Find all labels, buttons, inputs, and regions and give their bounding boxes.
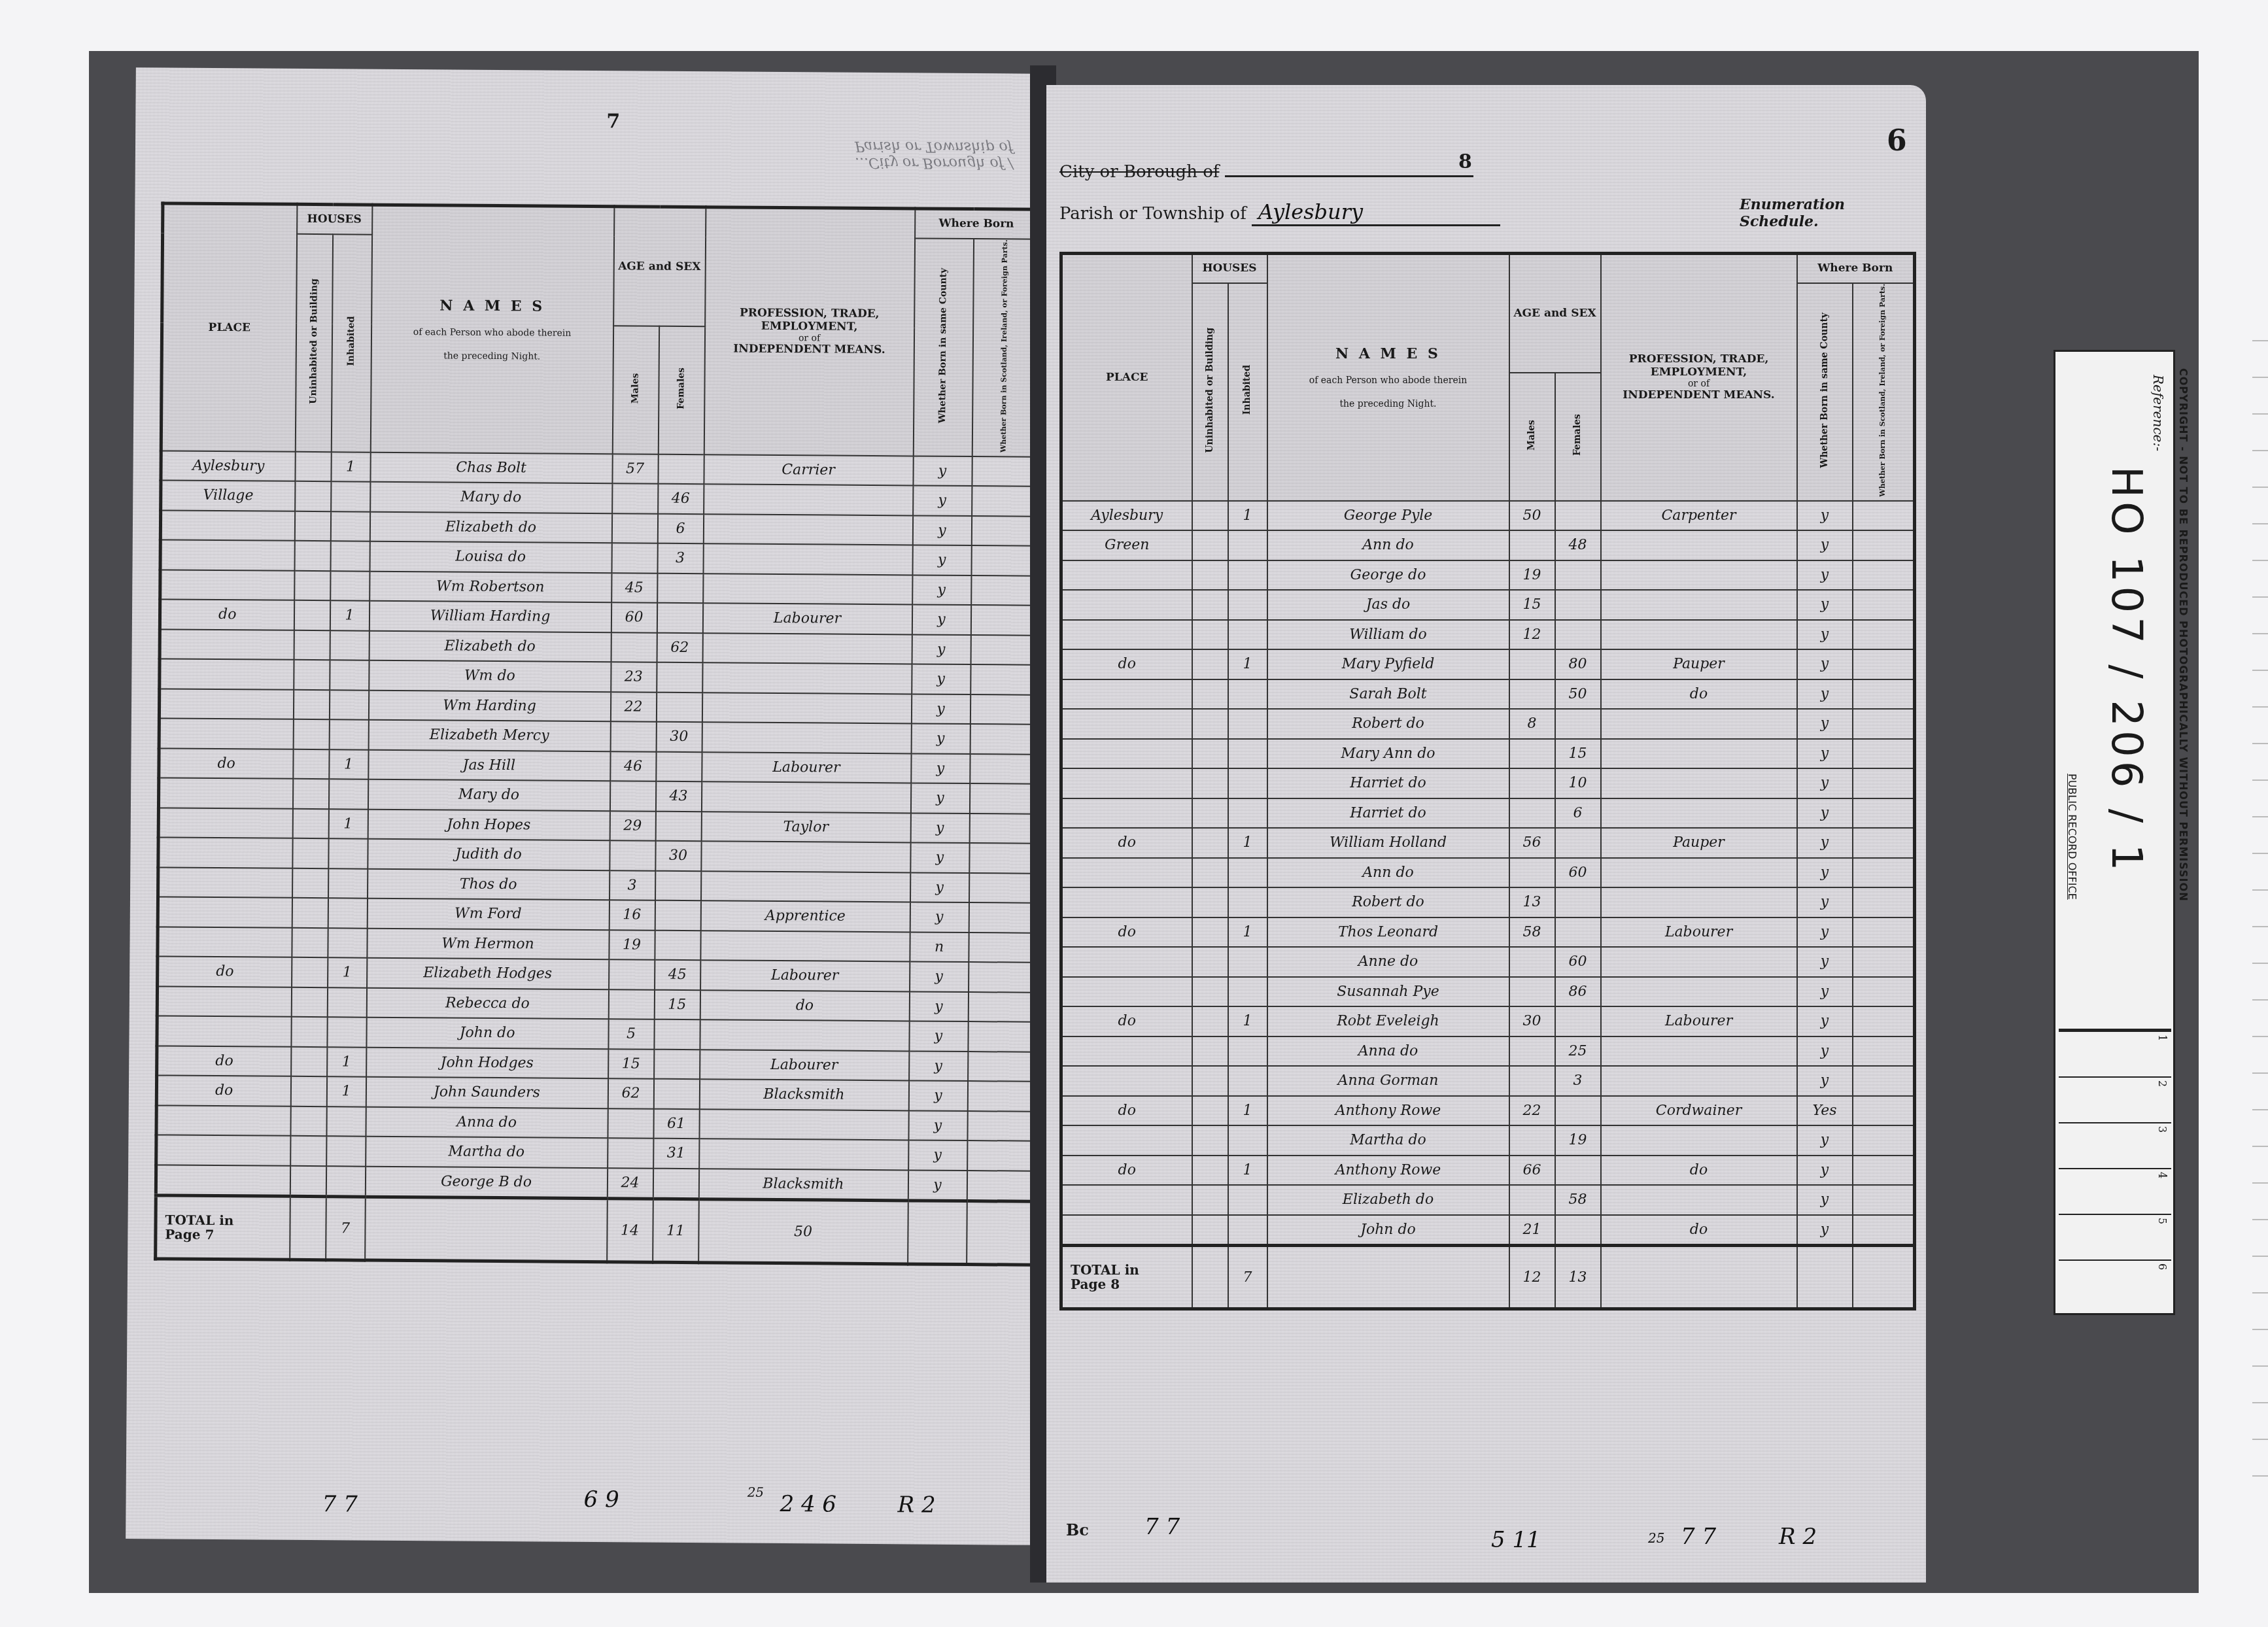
males-age-cell — [608, 1108, 653, 1139]
females-age-cell — [657, 603, 702, 633]
inhabited-cell: 1 — [1228, 501, 1267, 531]
edge-tick — [2252, 1146, 2268, 1147]
place-cell — [156, 1135, 290, 1166]
inhabited-cell — [1228, 1125, 1267, 1156]
born-foreign-cell — [970, 694, 1035, 725]
born-county-cell: y — [1797, 501, 1853, 531]
total-inhabited: 7 — [326, 1197, 366, 1260]
born-foreign-cell — [971, 545, 1037, 575]
edge-tick — [2252, 1109, 2268, 1110]
table-row: Anne do60y — [1061, 947, 1915, 977]
inhabited-cell — [328, 779, 368, 809]
uninhabited-cell — [292, 957, 328, 987]
females-age-cell — [654, 1019, 700, 1050]
uninhabited-cell — [1192, 1185, 1228, 1215]
inhabited-cell: 1 — [1228, 1156, 1267, 1186]
uninhabited-cell — [291, 1017, 327, 1047]
males-age-cell: 50 — [1509, 501, 1555, 531]
city-borough-field: City or Borough of — [1059, 162, 1473, 182]
place-cell — [1061, 1215, 1192, 1246]
name-cell: Sarah Bolt — [1267, 679, 1509, 710]
born-foreign-cell — [1853, 590, 1915, 620]
inhabited-cell — [328, 898, 367, 928]
table-row: Susannah Pye86y — [1061, 977, 1915, 1007]
total-row: TOTAL inPage 77141150 — [156, 1195, 1033, 1265]
males-age-cell — [1509, 1036, 1555, 1067]
born-foreign-cell — [967, 1111, 1033, 1141]
name-cell: Harriet do — [1267, 798, 1509, 829]
born-foreign-cell — [1853, 739, 1915, 769]
total-row: TOTAL inPage 871213 — [1061, 1246, 1915, 1309]
males-age-cell — [608, 989, 654, 1019]
uninhabited-cell — [1192, 560, 1228, 591]
place-cell — [159, 689, 293, 719]
born-foreign-cell — [968, 1021, 1033, 1052]
name-cell: Rebecca do — [366, 987, 608, 1019]
total-names — [365, 1197, 608, 1262]
total-label: TOTAL inPage 7 — [156, 1195, 290, 1259]
edge-tick — [2252, 1072, 2268, 1074]
born-foreign-cell — [971, 664, 1036, 694]
males-age-cell — [609, 959, 655, 989]
edge-tick — [2252, 560, 2268, 561]
females-age-cell: 60 — [1555, 947, 1601, 977]
males-age-cell — [610, 781, 655, 811]
born-county-cell: y — [1797, 590, 1853, 620]
profession-cell — [702, 693, 911, 724]
col-uninhabited: Uninhabited or Building — [295, 233, 332, 452]
place-cell — [1061, 620, 1192, 650]
born-foreign-cell — [1853, 1036, 1915, 1067]
uninhabited-cell — [294, 630, 330, 660]
uninhabited-cell — [294, 511, 330, 541]
males-age-cell: 30 — [1509, 1006, 1555, 1036]
uninhabited-cell — [1192, 887, 1228, 917]
total-males: 12 — [1509, 1246, 1555, 1309]
uninhabited-cell — [295, 481, 331, 511]
profession-cell — [704, 484, 913, 515]
name-cell: Wm do — [369, 660, 611, 692]
born-foreign-cell — [1853, 1125, 1915, 1156]
born-foreign-cell — [1853, 530, 1915, 560]
profession-cell: do — [1601, 1215, 1797, 1246]
copyright-notice: COPYRIGHT - NOT TO BE REPRODUCED PHOTOGR… — [2177, 368, 2190, 902]
inhabited-cell — [327, 1017, 366, 1047]
reference-label: Reference:- — [2150, 375, 2166, 451]
reference-card: COPYRIGHT - NOT TO BE REPRODUCED PHOTOGR… — [2053, 350, 2175, 1315]
name-cell: Anthony Rowe — [1267, 1156, 1509, 1186]
inhabited-cell — [326, 1166, 365, 1197]
born-county-cell: y — [909, 1051, 968, 1081]
born-county-cell: y — [910, 962, 969, 992]
place-cell — [156, 1105, 290, 1136]
census-table-right: PLACE HOUSES N A M E S of each Person wh… — [1059, 252, 1916, 1310]
born-foreign-cell — [1853, 828, 1915, 858]
name-cell: Robert do — [1267, 887, 1509, 917]
name-cell: Anne do — [1267, 947, 1509, 977]
born-county-cell: y — [1797, 947, 1853, 977]
inhabited-cell — [1228, 768, 1267, 798]
uninhabited-cell — [291, 1047, 327, 1077]
place-cell: do — [157, 1046, 291, 1076]
total-born-foreign — [1853, 1246, 1915, 1309]
table-row: Harriet do6y — [1061, 798, 1915, 829]
born-county-cell: y — [1797, 1156, 1853, 1186]
place-cell — [1061, 798, 1192, 829]
footer-mark: R 2 — [897, 1492, 935, 1518]
edge-tick — [2252, 340, 2268, 341]
males-age-cell — [608, 1138, 653, 1168]
name-cell: John do — [366, 1018, 608, 1049]
females-age-cell — [653, 1168, 698, 1199]
table-row: do1Mary Pyfield80Paupery — [1061, 649, 1915, 679]
name-cell: Thos Leonard — [1267, 917, 1509, 948]
table-row: Anna do25y — [1061, 1036, 1915, 1067]
place-cell — [157, 1016, 291, 1047]
table-row: Harriet do10y — [1061, 768, 1915, 798]
profession-cell — [1601, 530, 1797, 560]
profession-cell: Labourer — [700, 1050, 909, 1081]
left-rows: Aylesbury1Chas Bolt57CarrieryVillageMary… — [156, 451, 1038, 1265]
profession-cell: do — [700, 990, 909, 1021]
uninhabited-cell — [291, 987, 327, 1018]
males-age-cell: 22 — [1509, 1096, 1555, 1126]
place-cell: do — [1061, 1006, 1192, 1036]
inhabited-cell — [1228, 858, 1267, 888]
born-county-cell: y — [1797, 620, 1853, 650]
born-foreign-cell — [1853, 1066, 1915, 1096]
edge-tick — [2252, 633, 2268, 634]
name-cell: Anna do — [1267, 1036, 1509, 1067]
profession-cell — [700, 931, 910, 962]
right-rows: Aylesbury1George Pyle50CarpenteryGreenAn… — [1061, 501, 1915, 1309]
edge-tick — [2252, 1036, 2268, 1037]
born-foreign-cell — [969, 843, 1035, 873]
inhabited-cell — [328, 868, 368, 899]
inhabited-cell: 1 — [1228, 1096, 1267, 1126]
males-age-cell — [1509, 679, 1555, 710]
inhabited-cell — [1228, 739, 1267, 769]
males-age-cell — [610, 840, 655, 870]
place-cell — [160, 570, 294, 600]
uninhabited-cell — [290, 1106, 326, 1137]
born-foreign-cell — [1853, 1006, 1915, 1036]
males-age-cell: 24 — [607, 1168, 653, 1199]
name-cell: Wm Hermon — [367, 928, 609, 959]
born-county-cell: y — [1797, 709, 1853, 739]
males-age-cell: 60 — [611, 602, 657, 632]
table-row: GreenAnn do48y — [1061, 530, 1915, 560]
edge-tick — [2252, 523, 2268, 524]
place-cell: Aylesbury — [161, 451, 295, 481]
mirror-bleed-text: ...City or Borough of / Parish or Townsh… — [855, 138, 1051, 172]
place-cell — [1061, 709, 1192, 739]
born-county-cell: y — [910, 783, 969, 813]
footer-mark: 7 7 — [322, 1491, 357, 1517]
profession-cell: Carrier — [704, 454, 913, 486]
place-cell — [158, 778, 292, 809]
edge-tick — [2252, 1329, 2268, 1330]
born-county-cell: y — [908, 1081, 967, 1111]
profession-cell: Labourer — [702, 752, 911, 783]
uninhabited-cell — [1192, 858, 1228, 888]
born-county-cell: y — [912, 545, 971, 575]
edge-tick — [2252, 1402, 2268, 1403]
born-county-cell: y — [908, 1140, 967, 1171]
females-age-cell — [654, 1049, 700, 1079]
place-cell: do — [160, 600, 294, 630]
edge-tick — [2252, 1439, 2268, 1440]
born-foreign-cell — [967, 1171, 1032, 1202]
females-age-cell — [1555, 1006, 1601, 1036]
uninhabited-cell — [292, 809, 328, 839]
inhabited-cell: 1 — [1228, 649, 1267, 679]
born-county-cell: y — [1797, 977, 1853, 1007]
col-females: Females — [658, 326, 704, 454]
born-foreign-cell — [971, 635, 1036, 665]
name-cell: Mary Pyfield — [1267, 649, 1509, 679]
profession-cell — [1601, 590, 1797, 620]
total-uninhabited — [1192, 1246, 1228, 1309]
uninhabited-cell — [1192, 977, 1228, 1007]
born-foreign-cell — [1853, 858, 1915, 888]
table-row: Jas do15y — [1061, 590, 1915, 620]
table-row: Aylesbury1George Pyle50Carpentery — [1061, 501, 1915, 531]
uninhabited-cell — [1192, 620, 1228, 650]
males-age-cell: 29 — [610, 811, 655, 841]
profession-cell — [1601, 887, 1797, 917]
uninhabited-cell — [1192, 1215, 1228, 1246]
males-age-cell: 3 — [609, 870, 655, 900]
profession-cell — [1601, 1185, 1797, 1215]
profession-cell: Apprentice — [700, 900, 910, 932]
table-row: Sarah Bolt50doy — [1061, 679, 1915, 710]
born-foreign-cell — [1853, 1096, 1915, 1126]
males-age-cell — [611, 513, 657, 543]
inhabited-cell — [327, 987, 366, 1018]
profession-cell — [703, 514, 912, 545]
born-county-cell: y — [1797, 1185, 1853, 1215]
born-county-cell: y — [1797, 679, 1853, 710]
uninhabited-cell — [293, 690, 329, 720]
place-cell — [1061, 679, 1192, 710]
profession-cell — [699, 1109, 908, 1140]
profession-cell: Labourer — [700, 960, 910, 991]
inhabited-cell: 1 — [329, 749, 368, 779]
born-foreign-cell — [969, 873, 1035, 903]
table-row: do1Anthony Rowe66doy — [1061, 1156, 1915, 1186]
profession-cell: Carpenter — [1601, 501, 1797, 531]
females-age-cell: 6 — [657, 513, 703, 543]
females-age-cell: 86 — [1555, 977, 1601, 1007]
inhabited-cell — [1228, 1036, 1267, 1067]
males-age-cell: 12 — [1509, 620, 1555, 650]
born-county-cell: Yes — [1797, 1096, 1853, 1126]
females-age-cell: 3 — [657, 543, 703, 574]
males-age-cell — [1509, 1066, 1555, 1096]
profession-cell — [702, 662, 912, 694]
parish-field: Parish or Township of Aylesbury — [1059, 199, 1500, 226]
uninhabited-cell — [293, 719, 329, 749]
edge-tick — [2252, 450, 2268, 451]
females-age-cell: 62 — [657, 632, 702, 662]
name-cell: John do — [1267, 1215, 1509, 1246]
females-age-cell: 80 — [1555, 649, 1601, 679]
place-cell — [1061, 1125, 1192, 1156]
name-cell: Elizabeth Hodges — [367, 958, 609, 989]
born-foreign-cell — [971, 605, 1036, 635]
place-cell — [158, 867, 292, 898]
born-county-cell: y — [912, 575, 971, 605]
profession-cell — [700, 1019, 909, 1051]
total-born-county — [1797, 1246, 1853, 1309]
uninhabited-cell — [294, 541, 330, 571]
profession-cell — [1601, 620, 1797, 650]
place-cell — [157, 986, 291, 1017]
born-foreign-cell — [969, 933, 1034, 963]
col-uninhabited: Uninhabited or Building — [1192, 283, 1228, 501]
uninhabited-cell — [1192, 798, 1228, 829]
scanner-edge-ticks — [2255, 0, 2268, 1627]
males-age-cell: 45 — [611, 573, 657, 603]
edge-tick — [2252, 963, 2268, 964]
col-profession: PROFESSION, TRADE,EMPLOYMENT, or ofINDEP… — [704, 207, 915, 456]
edge-tick — [2252, 1256, 2268, 1257]
profession-cell — [1601, 858, 1797, 888]
females-age-cell: 45 — [655, 960, 700, 990]
name-cell: Louisa do — [369, 541, 611, 573]
col-place: PLACE — [161, 203, 297, 452]
col-age-sex: AGE and SEX — [613, 207, 706, 326]
born-county-cell: y — [912, 634, 971, 664]
name-cell: Anthony Rowe — [1267, 1096, 1509, 1126]
uninhabited-cell — [1192, 1125, 1228, 1156]
place-cell — [158, 838, 292, 868]
total-uninhabited — [290, 1196, 326, 1259]
profession-cell — [1601, 1036, 1797, 1067]
uninhabited-cell — [1192, 679, 1228, 710]
total-names — [1267, 1246, 1509, 1309]
total-inhabited: 7 — [1228, 1246, 1267, 1309]
males-age-cell — [1509, 1185, 1555, 1215]
table-row: do1Anthony Rowe22CordwainerYes — [1061, 1096, 1915, 1126]
place-cell — [158, 897, 292, 928]
inhabited-cell: 1 — [326, 1076, 366, 1106]
males-age-cell: 5 — [608, 1019, 654, 1049]
inhabited-cell — [1228, 1066, 1267, 1096]
females-age-cell — [1555, 1096, 1601, 1126]
males-age-cell: 58 — [1509, 917, 1555, 948]
females-age-cell — [655, 811, 701, 841]
table-row: do1William Holland56Paupery — [1061, 828, 1915, 858]
males-age-cell — [611, 632, 657, 662]
profession-cell — [702, 633, 912, 664]
inhabited-cell — [1228, 1215, 1267, 1246]
name-cell: Harriet do — [1267, 768, 1509, 798]
females-age-cell: 25 — [1555, 1036, 1601, 1067]
footer-mark: 6 9 — [583, 1486, 619, 1513]
name-cell: Thos do — [368, 868, 610, 900]
name-cell: Ann do — [1267, 530, 1509, 560]
males-age-cell — [1509, 649, 1555, 679]
col-where-born: Where Born — [915, 209, 1039, 239]
col-females: Females — [1555, 373, 1601, 501]
left-page: 7 ...City or Borough of / Parish or Town… — [126, 67, 1052, 1545]
footer-mark: 7 7 — [1681, 1524, 1716, 1550]
table-row: Anna Gorman3y — [1061, 1066, 1915, 1096]
born-county-cell: y — [913, 486, 972, 516]
edge-tick — [2252, 853, 2268, 854]
born-county-cell: y — [1797, 1066, 1853, 1096]
profession-cell — [703, 574, 912, 605]
place-cell — [160, 510, 294, 541]
uninhabited-cell — [1192, 530, 1228, 560]
profession-cell: Taylor — [701, 812, 910, 843]
census-table-left: PLACE HOUSES N A M E S of each Person wh… — [154, 201, 1040, 1267]
uninhabited-cell — [1192, 947, 1228, 977]
inhabited-cell — [330, 511, 369, 541]
females-age-cell: 6 — [1555, 798, 1601, 829]
col-names: N A M E S of each Person who abode there… — [1267, 254, 1509, 501]
col-males: Males — [1509, 373, 1555, 501]
born-foreign-cell — [1853, 649, 1915, 679]
females-age-cell: 19 — [1555, 1125, 1601, 1156]
born-county-cell: y — [911, 694, 970, 724]
males-age-cell — [1509, 858, 1555, 888]
born-county-cell: y — [1797, 887, 1853, 917]
males-age-cell: 21 — [1509, 1215, 1555, 1246]
inhabited-cell: 1 — [1228, 828, 1267, 858]
record-office-label: PUBLIC RECORD OFFICE — [2066, 774, 2078, 900]
females-age-cell — [657, 662, 702, 693]
females-age-cell: 15 — [654, 989, 700, 1019]
born-county-cell: y — [912, 515, 971, 545]
uninhabited-cell — [1192, 649, 1228, 679]
place-cell: do — [1061, 917, 1192, 948]
name-cell: Mary do — [368, 779, 610, 811]
females-age-cell — [1555, 560, 1601, 591]
inhabited-cell: 1 — [1228, 917, 1267, 948]
males-age-cell: 22 — [610, 692, 656, 722]
born-foreign-cell — [969, 962, 1034, 992]
born-foreign-cell — [1853, 798, 1915, 829]
males-age-cell: 13 — [1509, 887, 1555, 917]
born-county-cell: y — [1797, 1125, 1853, 1156]
males-age-cell: 15 — [608, 1049, 654, 1079]
females-age-cell — [1555, 1215, 1601, 1246]
uninhabited-cell — [292, 838, 328, 868]
name-cell: George Pyle — [1267, 501, 1509, 531]
born-county-cell: y — [1797, 560, 1853, 591]
born-foreign-cell — [1853, 1185, 1915, 1215]
profession-cell — [1601, 977, 1797, 1007]
place-cell: do — [156, 1076, 290, 1106]
col-males: Males — [612, 326, 659, 454]
born-county-cell: y — [912, 605, 971, 635]
edge-tick — [2252, 487, 2268, 488]
born-county-cell: n — [910, 932, 969, 962]
born-county-cell: y — [1797, 1006, 1853, 1036]
total-label: TOTAL inPage 8 — [1061, 1246, 1192, 1309]
col-where-born: Where Born — [1797, 254, 1915, 283]
uninhabited-cell — [290, 1165, 326, 1196]
name-cell: Wm Harding — [368, 690, 610, 721]
edge-tick — [2252, 1219, 2268, 1220]
inhabited-cell — [1228, 530, 1267, 560]
place-cell: Village — [161, 481, 295, 511]
place-cell: do — [159, 748, 293, 779]
place-cell — [1061, 590, 1192, 620]
